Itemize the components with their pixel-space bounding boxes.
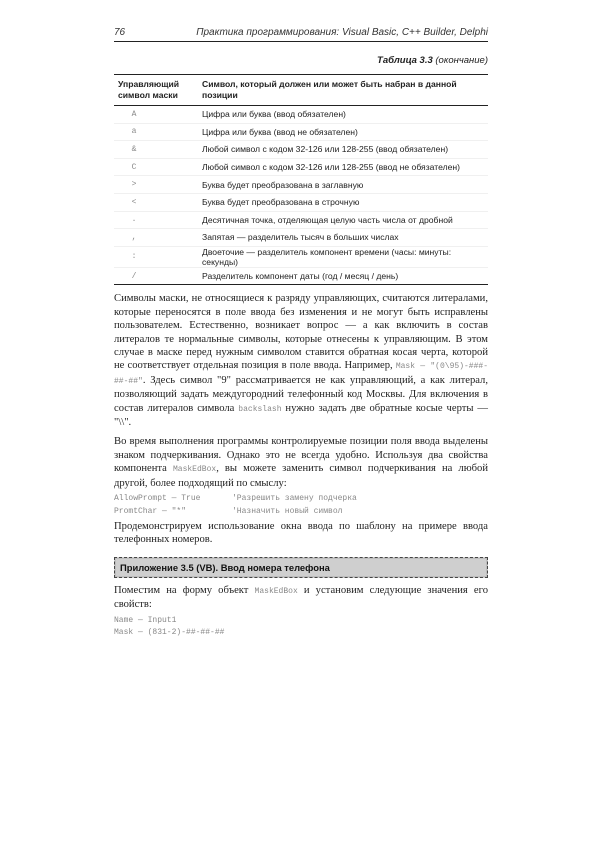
symbol-description: Двоеточие — разделитель компонент времен… bbox=[198, 246, 488, 267]
code-block-properties: Name — Input1 Mask — (831-2)-##-##-## bbox=[114, 615, 488, 640]
table-row: >Буква будет преобразована в заглавную bbox=[114, 176, 488, 194]
mask-symbol: , bbox=[114, 229, 198, 247]
table-row: /Разделитель компонент даты (год / месяц… bbox=[114, 267, 488, 285]
mask-symbol: : bbox=[114, 246, 198, 267]
mask-symbol: < bbox=[114, 193, 198, 211]
symbol-description: Любой символ с кодом 32-126 или 128-255 … bbox=[198, 141, 488, 159]
code-comment: 'Разрешить замену подчерка bbox=[232, 493, 357, 506]
paragraph-literals: Символы маски, не относящиеся к разряду … bbox=[114, 292, 488, 429]
paragraph-setup: Поместим на форму объект MaskEdBox и уст… bbox=[114, 584, 488, 612]
code-line: AllowPrompt — True'Разрешить замену подч… bbox=[114, 493, 488, 506]
table-header-row: Управляющий символ маски Символ, который… bbox=[114, 75, 488, 106]
mask-symbol: / bbox=[114, 267, 198, 285]
column-header-symbol: Управляющий символ маски bbox=[114, 75, 198, 106]
paragraph-prompt: Во время выполнения программы контролиру… bbox=[114, 435, 488, 490]
inline-code: MaskEdBox bbox=[255, 587, 298, 596]
column-header-description: Символ, который должен или может быть на… bbox=[198, 75, 488, 106]
symbol-description: Десятичная точка, отделяющая целую часть… bbox=[198, 211, 488, 229]
mask-symbol: a bbox=[114, 123, 198, 141]
table-row: CЛюбой символ с кодом 32-126 или 128-255… bbox=[114, 158, 488, 176]
symbol-description: Цифра или буква (ввод не обязателен) bbox=[198, 123, 488, 141]
code-statement: AllowPrompt — True bbox=[114, 493, 232, 506]
table-row: .Десятичная точка, отделяющая целую част… bbox=[114, 211, 488, 229]
paragraph-demo: Продемонстрируем использование окна ввод… bbox=[114, 520, 488, 547]
table-caption-title: Таблица 3.3 bbox=[377, 55, 433, 66]
page-number: 76 bbox=[114, 27, 125, 38]
symbol-description: Цифра или буква (ввод обязателен) bbox=[198, 106, 488, 124]
running-head: 76 Практика программирования: Visual Bas… bbox=[114, 24, 488, 42]
paragraph-text: Символы маски, не относящиеся к разряду … bbox=[114, 293, 488, 371]
paragraph-text: Поместим на форму объект bbox=[114, 585, 255, 596]
code-comment: 'Назначить новый символ bbox=[232, 506, 342, 519]
table-row: <Буква будет преобразована в строчную bbox=[114, 193, 488, 211]
book-title: Практика программирования: Visual Basic,… bbox=[196, 27, 488, 38]
code-block-prompt: AllowPrompt — True'Разрешить замену подч… bbox=[114, 493, 488, 518]
mask-symbol: & bbox=[114, 141, 198, 159]
mask-symbol: > bbox=[114, 176, 198, 194]
table-caption-note: (окончание) bbox=[433, 55, 488, 66]
code-line: PromtChar — "*"'Назначить новый символ bbox=[114, 506, 488, 519]
symbol-description: Любой символ с кодом 32-126 или 128-255 … bbox=[198, 158, 488, 176]
code-line: Mask — (831-2)-##-##-## bbox=[114, 627, 488, 640]
symbol-description: Разделитель компонент даты (год / месяц … bbox=[198, 267, 488, 285]
table-caption: Таблица 3.3 (окончание) bbox=[114, 55, 488, 66]
table-row: &Любой символ с кодом 32-126 или 128-255… bbox=[114, 141, 488, 159]
symbol-description: Буква будет преобразована в заглавную bbox=[198, 176, 488, 194]
code-line: Name — Input1 bbox=[114, 615, 488, 628]
mask-symbol: C bbox=[114, 158, 198, 176]
mask-symbols-table: Управляющий символ маски Символ, который… bbox=[114, 74, 488, 285]
symbol-description: Запятая — разделитель тысяч в больших чи… bbox=[198, 229, 488, 247]
code-statement: PromtChar — "*" bbox=[114, 506, 232, 519]
table-row: ,Запятая — разделитель тысяч в больших ч… bbox=[114, 229, 488, 247]
inline-code: backslash bbox=[238, 405, 281, 414]
mask-symbol: A bbox=[114, 106, 198, 124]
book-page: 76 Практика программирования: Visual Bas… bbox=[114, 24, 488, 640]
symbol-description: Буква будет преобразована в строчную bbox=[198, 193, 488, 211]
inline-code: MaskEdBox bbox=[173, 465, 216, 474]
table-row: :Двоеточие — разделитель компонент време… bbox=[114, 246, 488, 267]
listing-header: Приложение 3.5 (VB). Ввод номера телефон… bbox=[114, 557, 488, 578]
mask-symbol: . bbox=[114, 211, 198, 229]
table-row: aЦифра или буква (ввод не обязателен) bbox=[114, 123, 488, 141]
table-row: AЦифра или буква (ввод обязателен) bbox=[114, 106, 488, 124]
